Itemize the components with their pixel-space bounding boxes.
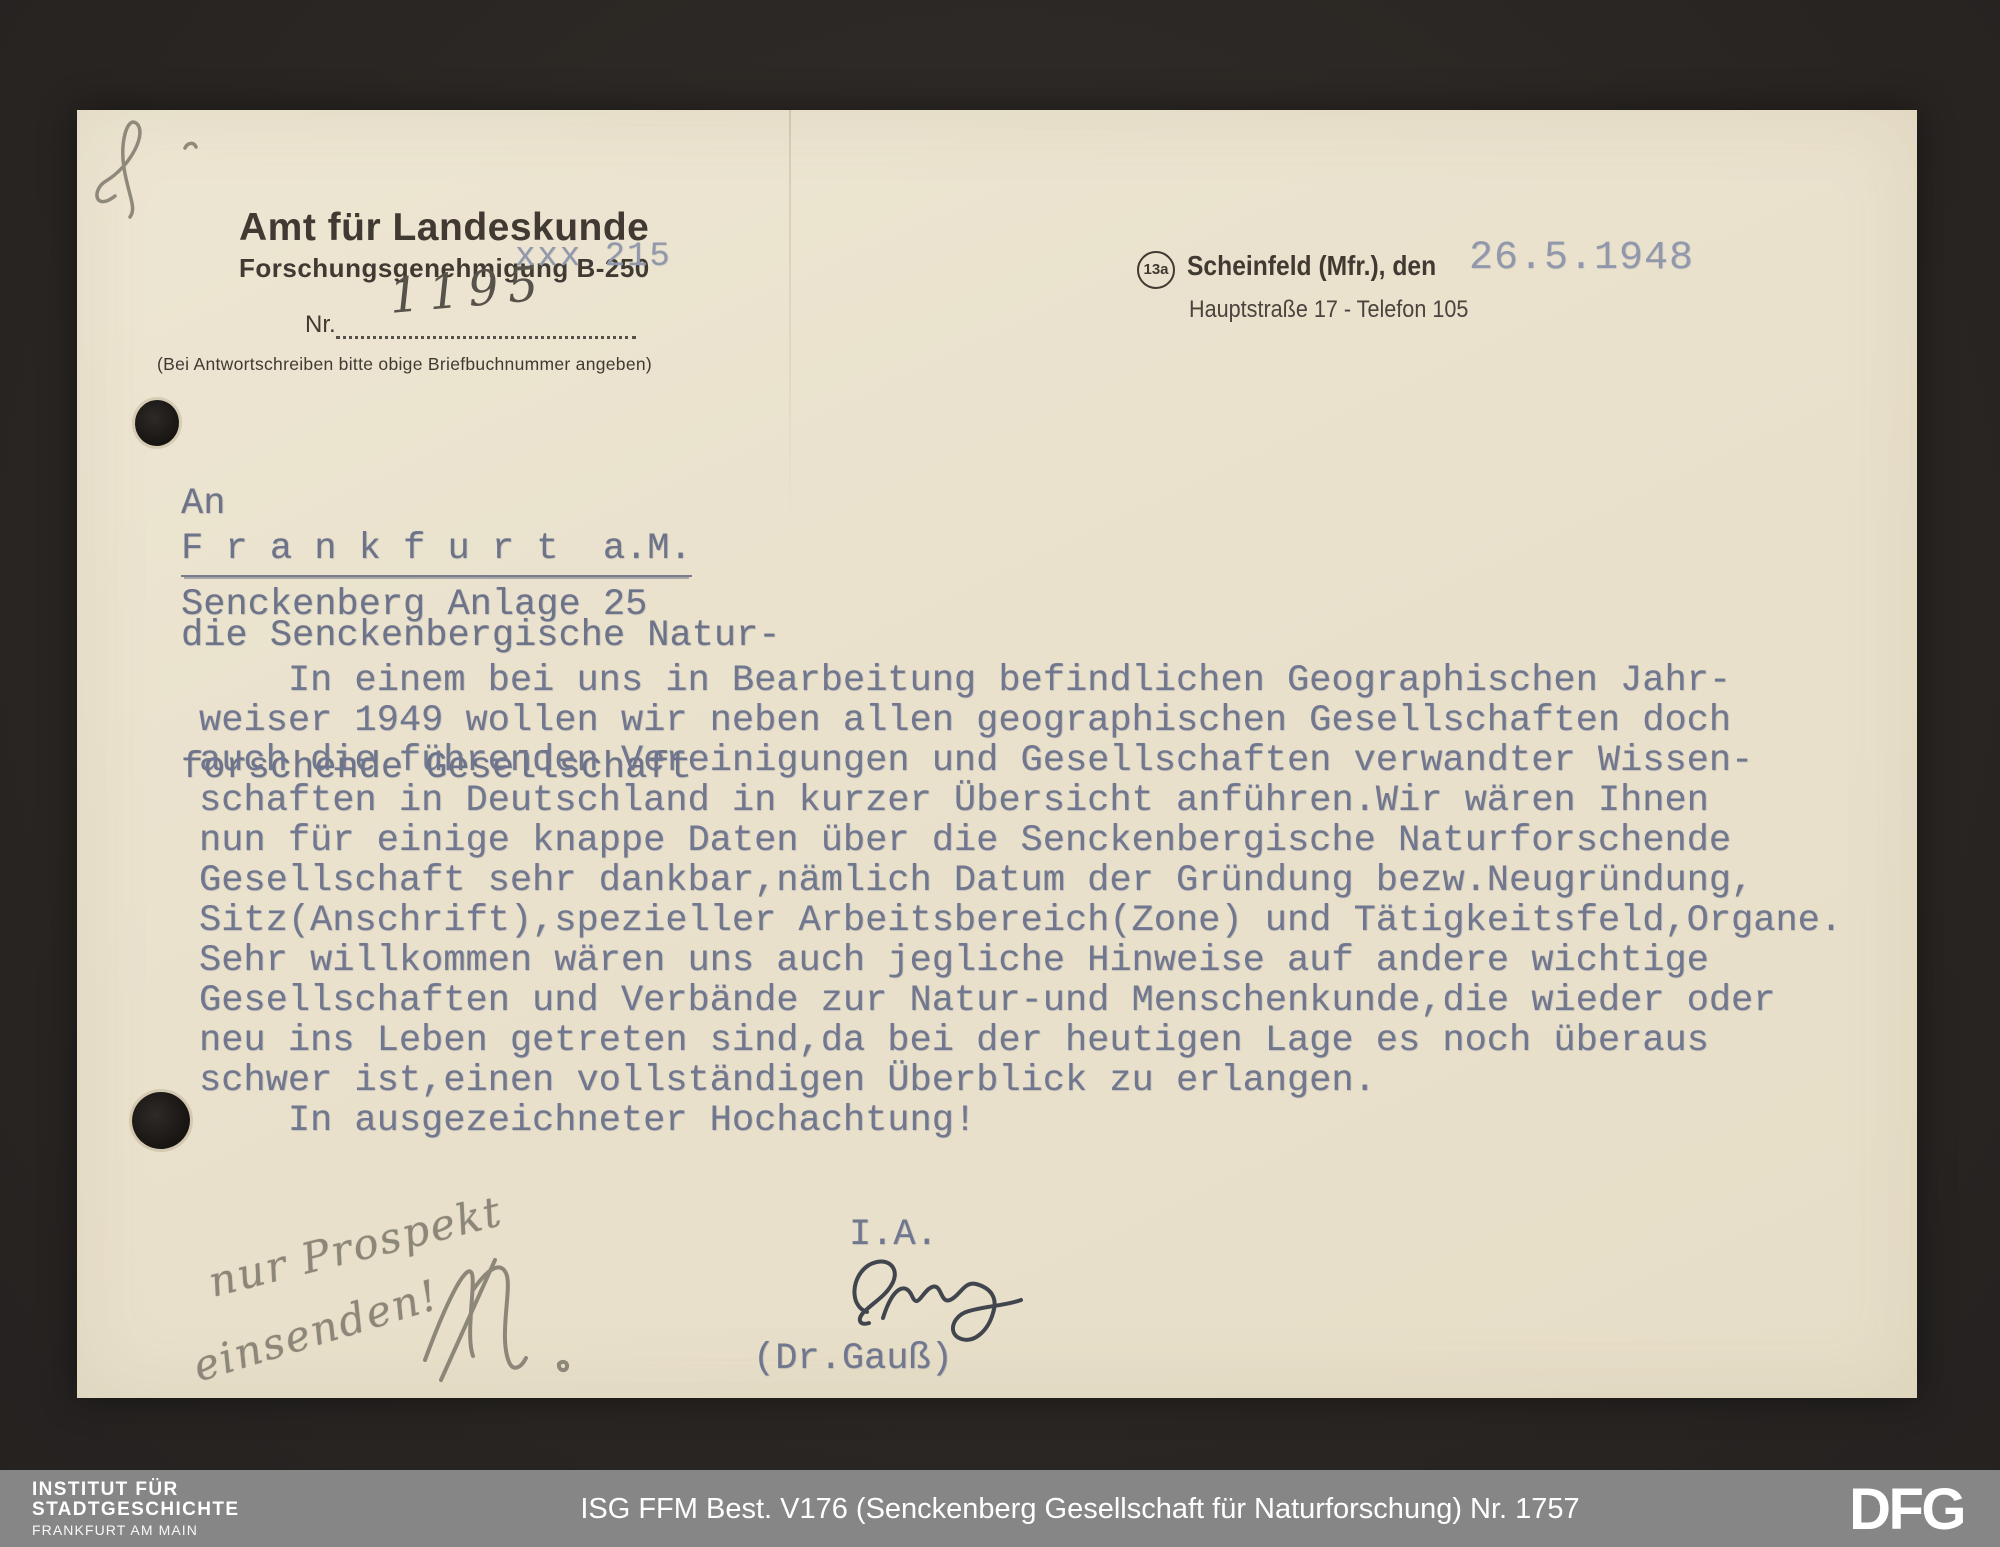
recipient-city-underlined: F r a n k f u r t a.M. — [181, 528, 692, 577]
typewriter-line: auch die führenden Vereinigungen und Ges… — [199, 741, 1842, 781]
typewriter-line: In einem bei uns in Bearbeitung befindli… — [199, 661, 1842, 701]
typewriter-line: schwer ist,einen vollständigen Überblick… — [199, 1061, 1842, 1101]
document-page: Amt für Landeskunde Forschungsgenehmigun… — [77, 110, 1917, 1398]
typewriter-line: weiser 1949 wollen wir neben allen geogr… — [199, 701, 1842, 741]
letterhead-note: (Bei Antwortschreiben bitte obige Briefb… — [157, 354, 652, 375]
typewriter-line: Gesellschaften und Verbände zur Natur-un… — [199, 981, 1842, 1021]
typewriter-line: nun für einige knappe Daten über die Sen… — [199, 821, 1842, 861]
nr-label: Nr. — [305, 311, 336, 338]
dateline-street: Hauptstraße 17 - Telefon 105 — [1189, 296, 1468, 324]
recipient-street: Senckenberg Anlage 25 — [181, 584, 647, 626]
typewriter-line: Sitz(Anschrift),spezieller Arbeitsbereic… — [199, 901, 1842, 941]
postal-zone-badge: 13a — [1137, 251, 1175, 289]
recipient-salutation: An — [181, 482, 781, 526]
dfg-logo: DFG — [1849, 1476, 1964, 1543]
typewriter-line: Sehr willkommen wären uns auch jegliche … — [199, 941, 1842, 981]
typewriter-line: neu ins Leben getreten sind,da bei der h… — [199, 1021, 1842, 1061]
letter-body: In einem bei uns in Bearbeitung befindli… — [199, 661, 1842, 1141]
punch-hole-bottom — [129, 1089, 193, 1152]
archive-footer-bar: INSTITUT FÜR STADTGESCHICHTE FRANKFURT A… — [0, 1470, 2000, 1547]
recipient-city: F r a n k f u r t a.M. — [181, 528, 692, 570]
typewriter-line: Gesellschaft sehr dankbar,nämlich Datum … — [199, 861, 1842, 901]
typewriter-line: schaften in Deutschland in kurzer Übersi… — [199, 781, 1842, 821]
archive-caption: ISG FFM Best. V176 (Senckenberg Gesellsc… — [160, 1493, 2000, 1526]
punch-hole-top — [132, 397, 182, 449]
closing-typed-name: (Dr.Gauß) — [753, 1338, 953, 1380]
typewriter-line: In ausgezeichneter Hochachtung! — [199, 1101, 1842, 1141]
scan-viewport: Amt für Landeskunde Forschungsgenehmigun… — [0, 0, 2000, 1547]
dateline-place: Scheinfeld (Mfr.), den — [1187, 250, 1436, 282]
pencil-paraph-initials — [407, 1238, 657, 1403]
dateline-typed-date: 26.5.1948 — [1469, 236, 1694, 281]
signature-gauss — [833, 1238, 1093, 1353]
pencil-paraph-mark — [85, 110, 245, 240]
paper-crease — [789, 110, 791, 540]
